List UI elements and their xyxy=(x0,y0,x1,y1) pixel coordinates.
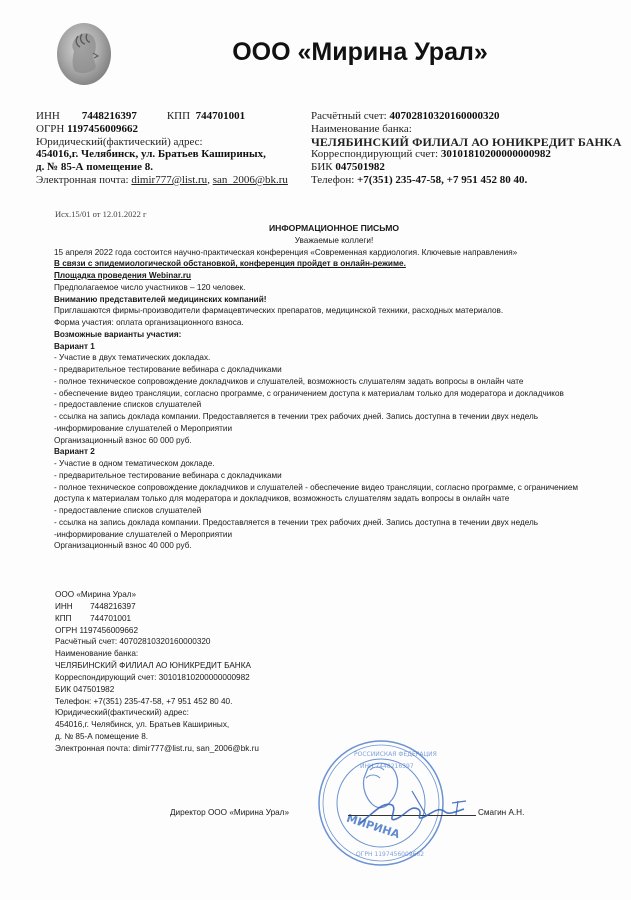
bank-name: ЧЕЛЯБИНСКИЙ ФИЛИАЛ АО ЮНИКРЕДИТ БАНКА xyxy=(311,136,626,149)
bank-label: Наименование банка: xyxy=(311,123,626,136)
variant-2-item: -информирование слушателей о Мероприятии xyxy=(54,529,614,541)
email-link-2[interactable]: san_2006@bk.ru xyxy=(213,174,288,186)
footer-email: Электронная почта: dimir777@list.ru, san… xyxy=(55,743,355,755)
email-link-1[interactable]: dimir777@list.ru xyxy=(131,174,207,186)
letter-title: ИНФОРМАЦИОННОЕ ПИСЬМО xyxy=(54,223,614,235)
variant-1-fee: Организационный взнос 60 000 руб. xyxy=(54,435,614,447)
footer-kpp-label: КПП xyxy=(55,613,81,625)
footer-address-line-1: 454016,г. Челябинск, ул. Братьев Каширин… xyxy=(55,719,355,731)
inn-kpp-row: ИНН7448216397КПП 744701001 xyxy=(36,110,306,123)
outgoing-reference: Исх.15/01 от 12.01.2022 г xyxy=(55,209,147,219)
requisites-right: Расчётный счет: 40702810320160000320 Наи… xyxy=(311,110,626,187)
bik-value: 047501982 xyxy=(335,161,385,173)
svg-text:ОГРН 1197456009662: ОГРН 1197456009662 xyxy=(356,851,424,858)
requisites-left: ИНН7448216397КПП 744701001 ОГРН 11974560… xyxy=(36,110,306,187)
footer-ogrn: ОГРН 1197456009662 xyxy=(55,625,355,637)
variant-1-item: - предоставление списков слушателей xyxy=(54,399,614,411)
footer-inn-value: 7448216397 xyxy=(90,602,136,611)
intro: 15 апреля 2022 года состоится научно-пра… xyxy=(54,247,614,259)
ogrn-row: ОГРН 1197456009662 xyxy=(36,123,306,136)
ogrn-value: 1197456009662 xyxy=(67,123,138,135)
variant-2-item: - полное техническое сопровождение докла… xyxy=(54,482,579,506)
greeting: Уважаемые коллеги! xyxy=(54,235,614,247)
account-label: Расчётный счет: xyxy=(311,110,387,122)
variant-2-title: Вариант 2 xyxy=(54,446,614,458)
information-letter-page: ООО «Мирина Урал» ИНН7448216397КПП 74470… xyxy=(0,0,631,900)
footer-inn: ИНН 7448216397 xyxy=(55,601,355,613)
variant-2-item: - ссылка на запись доклада компании. Пре… xyxy=(54,517,614,529)
variant-1-item: - Участие в двух тематических докладах. xyxy=(54,352,614,364)
email-label: Электронная почта: xyxy=(36,174,129,186)
footer-address-line-2: д. № 85-А помещение 8. xyxy=(55,731,355,743)
corr-account-row: Корреспондирующий счет: 3010181020000000… xyxy=(311,148,626,161)
footer-bik: БИК 047501982 xyxy=(55,684,355,696)
account-value: 40702810320160000320 xyxy=(390,110,500,122)
phone-label: Телефон: xyxy=(311,174,354,186)
account-row: Расчётный счет: 40702810320160000320 xyxy=(311,110,626,123)
variant-2-item: - предоставление списков слушателей xyxy=(54,505,614,517)
ogrn-label: ОГРН xyxy=(36,123,64,135)
online-notice: В связи с эпидемиологической обстановкой… xyxy=(54,258,614,270)
corr-value: 30101810200000000982 xyxy=(441,148,551,160)
variant-1-item: - полное техническое сопровождение докла… xyxy=(54,376,614,388)
address-line-1: 454016,г. Челябинск, ул. Братьев Каширин… xyxy=(36,148,266,160)
svg-text:ИНН 7448216397: ИНН 7448216397 xyxy=(360,763,414,770)
footer-kpp: КПП 744701001 xyxy=(55,613,355,625)
email-row: Электронная почта: dimir777@list.ru, san… xyxy=(36,174,306,187)
coin-portrait-logo-icon xyxy=(57,23,111,85)
footer-phone: Телефон: +7(351) 235-47-58, +7 951 452 8… xyxy=(55,696,355,708)
variant-1-item: - ссылка на запись доклада компании. Пре… xyxy=(54,411,614,423)
svg-text:РОССИЙСКАЯ ФЕДЕРАЦИЯ: РОССИЙСКАЯ ФЕДЕРАЦИЯ xyxy=(354,751,437,758)
handwritten-signature-icon xyxy=(352,785,472,835)
footer-requisites: ООО «Мирина Урал» ИНН 7448216397 КПП 744… xyxy=(55,589,355,755)
variant-1-item: - обеспечение видео трансляции, согласно… xyxy=(54,388,599,400)
phone-value: +7(351) 235-47-58, +7 951 452 80 40. xyxy=(357,174,527,186)
participation-form: Форма участия: оплата организационного в… xyxy=(54,317,614,329)
kpp-label: КПП xyxy=(167,110,190,122)
variant-1-item: - предварительное тестирование вебинара … xyxy=(54,364,614,376)
email-separator: , xyxy=(207,174,210,186)
footer-account: Расчётный счет: 40702810320160000320 xyxy=(55,636,355,648)
kpp-value: 744701001 xyxy=(196,110,246,122)
attention: Вниманию представителей медицинских комп… xyxy=(54,294,614,306)
footer-kpp-value: 744701001 xyxy=(90,614,131,623)
phone-row: Телефон: +7(351) 235-47-58, +7 951 452 8… xyxy=(311,174,626,187)
platform: Площадка проведения Webinar.ru xyxy=(54,270,614,282)
bik-label: БИК xyxy=(311,161,333,173)
address-label: Юридический(фактический) адрес: xyxy=(36,136,306,149)
inn-value: 7448216397 xyxy=(82,110,137,122)
options-title: Возможные варианты участия: xyxy=(54,329,614,341)
director-position: Директор ООО «Мирина Урал» xyxy=(170,808,289,817)
letter-body: ИНФОРМАЦИОННОЕ ПИСЬМО Уважаемые коллеги!… xyxy=(54,223,614,552)
footer-bank-name: ЧЕЛЯБИНСКИЙ ФИЛИАЛ АО ЮНИКРЕДИТ БАНКА xyxy=(55,660,355,672)
variant-2-item: - предварительное тестирование вебинара … xyxy=(54,470,614,482)
footer-corr: Корреспондирующий счет: 3010181020000000… xyxy=(55,672,355,684)
invited: Приглашаются фирмы-производители фармаце… xyxy=(54,305,614,317)
footer-bank-label: Наименование банка: xyxy=(55,648,355,660)
participants: Предполагаемое число участников – 120 че… xyxy=(54,282,614,294)
variant-2-fee: Организационный взнос 40 000 руб. xyxy=(54,540,614,552)
corr-label: Корреспондирующий счет: xyxy=(311,148,438,160)
variant-2-item: - Участие в одном тематическом докладе. xyxy=(54,458,614,470)
company-title: ООО «Мирина Урал» xyxy=(150,38,570,67)
footer-company: ООО «Мирина Урал» xyxy=(55,589,355,601)
variant-1-item: -информирование слушателей о Мероприятии xyxy=(54,423,614,435)
footer-inn-label: ИНН xyxy=(55,601,81,613)
bik-row: БИК 047501982 xyxy=(311,161,626,174)
director-name: Смагин А.Н. xyxy=(478,808,524,817)
inn-label: ИНН xyxy=(36,110,60,122)
variant-1-title: Вариант 1 xyxy=(54,341,614,353)
footer-address-label: Юридический(фактический) адрес: xyxy=(55,707,355,719)
address-line-2: д. № 85-А помещение 8. xyxy=(36,161,153,173)
